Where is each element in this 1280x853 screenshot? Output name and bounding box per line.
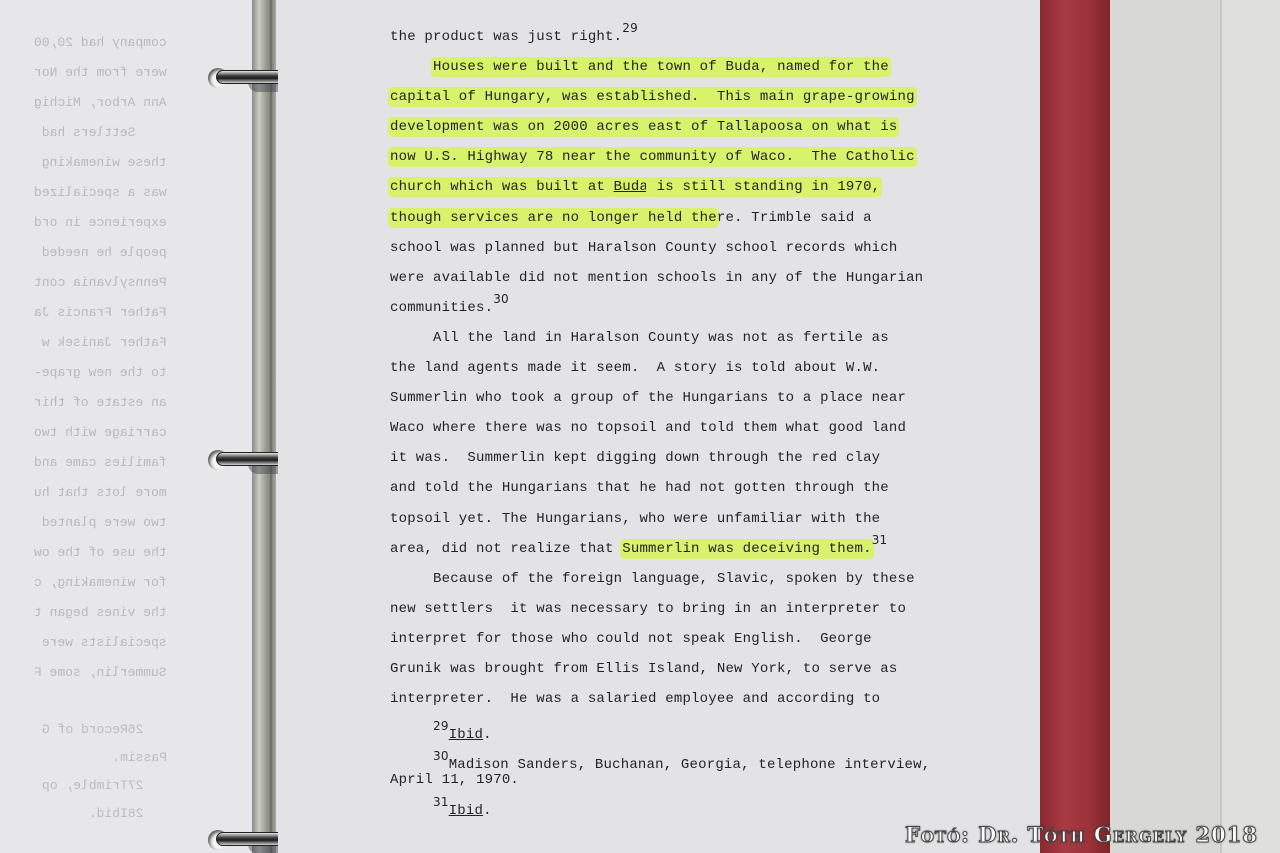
binder-cover-edge xyxy=(1222,0,1280,853)
text-run: Summerlin who took a group of the Hungar… xyxy=(390,390,906,406)
text-run: school was planned but Haralson County s… xyxy=(390,240,897,256)
typed-document-page: the product was just right.29 Houses wer… xyxy=(278,0,1048,853)
document-body: the product was just right.29 Houses wer… xyxy=(390,22,970,818)
text-line: school was planned but Haralson County s… xyxy=(390,233,970,263)
text-line: development was on 2000 acres east of Ta… xyxy=(390,112,970,142)
text-line: communities.30 xyxy=(390,293,970,323)
text-line: though services are no longer held there… xyxy=(390,203,970,233)
text-run: the land agents made it seem. A story is… xyxy=(390,360,880,376)
text-line: Because of the foreign language, Slavic,… xyxy=(390,564,970,594)
highlighted-text: church which was built at xyxy=(390,179,614,195)
text-line: it was. Summerlin kept digging down thro… xyxy=(390,443,970,473)
text-line: now U.S. Highway 78 near the community o… xyxy=(390,142,970,172)
text-line: the product was just right.29 xyxy=(390,22,970,52)
footnote-line: 29Ibid. xyxy=(390,726,970,742)
text-run: were available did not mention schools i… xyxy=(390,270,923,286)
mirrored-bleedthrough-text: company had 20,00 were from the Nor Ann … xyxy=(34,28,167,688)
text-line: and told the Hungarians that he had not … xyxy=(390,473,970,503)
footnote-line: 30Madison Sanders, Buchanan, Georgia, te… xyxy=(390,756,970,772)
text-run: the product was just right. xyxy=(390,29,622,45)
text-run: . xyxy=(483,727,492,743)
text-run xyxy=(390,59,433,75)
text-line: interpreter. He was a salaried employee … xyxy=(390,684,970,714)
text-run: interpreter. He was a salaried employee … xyxy=(390,691,880,707)
footnote-marker: 29 xyxy=(433,719,449,733)
text-line: capital of Hungary, was established. Thi… xyxy=(390,82,970,112)
text-run: communities. xyxy=(390,300,493,316)
text-run xyxy=(390,803,433,819)
left-page-bleedthrough: company had 20,00 were from the Nor Ann … xyxy=(0,0,262,853)
footnote-line: 31Ibid. xyxy=(390,802,970,818)
text-run: re. Trimble said a xyxy=(717,210,872,226)
text-line: Houses were built and the town of Buda, … xyxy=(390,52,970,82)
highlighted-text: Buda xyxy=(614,179,648,195)
text-run: All the land in Haralson County was not … xyxy=(390,330,889,346)
text-run: new settlers it was necessary to bring i… xyxy=(390,601,906,617)
highlighted-text: capital of Hungary, was established. Thi… xyxy=(390,89,915,105)
plastic-sleeve-edge xyxy=(1110,0,1222,853)
highlighted-text: though services are no longer held the xyxy=(390,210,717,226)
text-run: Madison Sanders, Buchanan, Georgia, tele… xyxy=(449,757,931,773)
text-line: topsoil yet. The Hungarians, who were un… xyxy=(390,504,970,534)
text-line: the land agents made it seem. A story is… xyxy=(390,353,970,383)
footnotes: 29Ibid. 30Madison Sanders, Buchanan, Geo… xyxy=(390,726,970,818)
text-run: . xyxy=(483,803,492,819)
highlighted-text: now U.S. Highway 78 near the community o… xyxy=(390,149,915,165)
footnote-marker: 29 xyxy=(622,21,638,35)
photo-credit-watermark: Fotó: Dr. Tóth Gergely 2018 xyxy=(905,822,1258,847)
text-line: Summerlin who took a group of the Hungar… xyxy=(390,383,970,413)
mirrored-bleedthrough-footnotes: 26Record of G Passim. 27Trimble, op 28Ib… xyxy=(42,716,167,828)
text-run: Waco where there was no topsoil and told… xyxy=(390,420,906,436)
footnote-line: April 11, 1970. xyxy=(390,772,970,788)
text-run: topsoil yet. The Hungarians, who were un… xyxy=(390,511,880,527)
text-run: Ibid xyxy=(449,727,483,743)
highlighted-text: Summerlin was deceiving them. xyxy=(622,541,871,557)
text-run xyxy=(390,727,433,743)
text-run: Grunik was brought from Ellis Island, Ne… xyxy=(390,661,897,677)
text-line: interpret for those who could not speak … xyxy=(390,624,970,654)
text-run: Ibid xyxy=(449,803,483,819)
body-text: the product was just right.29 Houses wer… xyxy=(390,22,970,714)
highlighted-text: development was on 2000 acres east of Ta… xyxy=(390,119,897,135)
footnote-marker: 30 xyxy=(433,749,449,763)
footnote-marker: 30 xyxy=(493,292,509,306)
text-run: Because of the foreign language, Slavic,… xyxy=(390,571,915,587)
footnote-marker: 31 xyxy=(433,795,449,809)
footnote-marker: 31 xyxy=(872,533,888,547)
binder-spine-rod xyxy=(252,0,276,853)
text-run: area, did not realize that xyxy=(390,541,622,557)
highlighted-text: Houses were built and the town of Buda, … xyxy=(433,59,889,75)
text-run: interpret for those who could not speak … xyxy=(390,631,872,647)
text-line: All the land in Haralson County was not … xyxy=(390,323,970,353)
text-run xyxy=(390,757,433,773)
text-line: Grunik was brought from Ellis Island, Ne… xyxy=(390,654,970,684)
text-run: April 11, 1970. xyxy=(390,772,519,788)
text-line: Waco where there was no topsoil and told… xyxy=(390,413,970,443)
text-run: and told the Hungarians that he had not … xyxy=(390,480,889,496)
text-run: it was. Summerlin kept digging down thro… xyxy=(390,450,880,466)
highlighted-text: is still standing in 1970, xyxy=(648,179,880,195)
text-line: new settlers it was necessary to bring i… xyxy=(390,594,970,624)
text-line: area, did not realize that Summerlin was… xyxy=(390,534,970,564)
text-line: were available did not mention schools i… xyxy=(390,263,970,293)
binder-spine-edge xyxy=(270,0,272,853)
red-divider-tab xyxy=(1040,0,1110,853)
text-line: church which was built at Buda is still … xyxy=(390,172,970,202)
